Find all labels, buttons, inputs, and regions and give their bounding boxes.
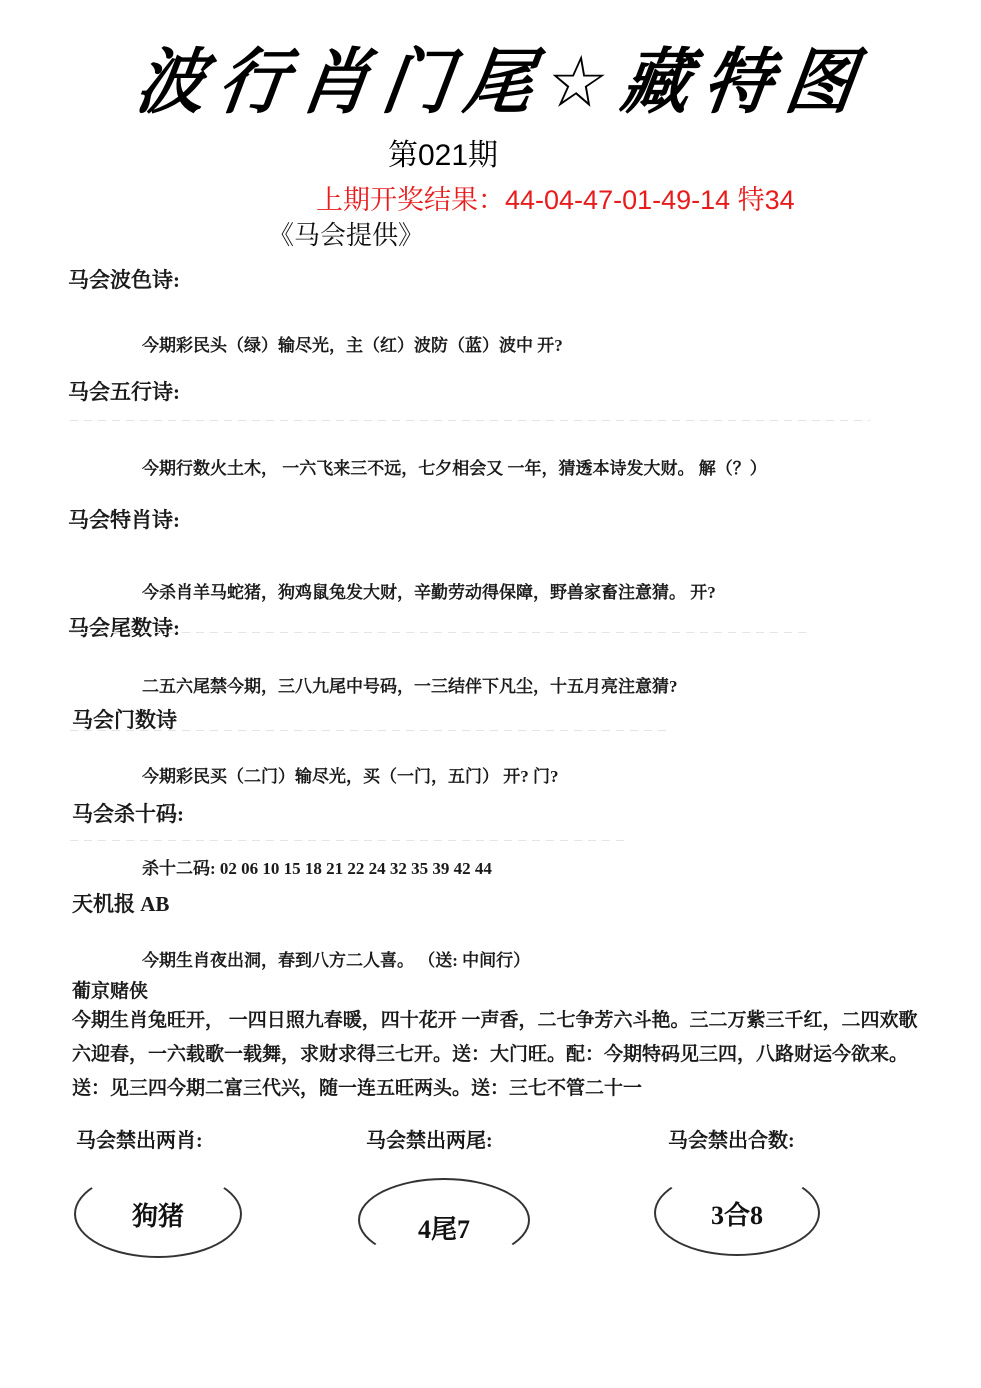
ban-tail-oval: 4尾7	[358, 1178, 530, 1262]
section-heading-special-zodiac: 马会特肖诗:	[68, 504, 180, 534]
ban-sum-oval: 3合8	[654, 1170, 820, 1256]
section-heading-five-elements: 马会五行诗:	[68, 376, 180, 406]
putao-paragraph: 今期生肖兔旺开， 一四日照九春暖，四十花开 一声香，二七争芳六斗艳。三二万紫三千…	[72, 1004, 922, 1106]
section-poem-door-number: 今期彩民买（二门）输尽光，买（一门，五门） 开? 门?	[142, 762, 559, 787]
ban-tail-label: 马会禁出两尾:	[366, 1124, 493, 1153]
scan-noise-line	[70, 632, 810, 633]
section-poem-tianjibao: 今期生肖夜出洞，春到八方二人喜。 （送: 中间行）	[142, 946, 530, 971]
page-title: 波行肖门尾☆藏特图	[131, 26, 876, 128]
section-heading-tail-number: 马会尾数诗:	[68, 612, 180, 642]
ban-tail-value: 4尾7	[418, 1209, 470, 1246]
scan-noise-line	[70, 840, 630, 841]
kill-numbers-line: 杀十二码: 02 06 10 15 18 21 22 24 32 35 39 4…	[142, 854, 492, 879]
section-poem-five-elements: 今期行数火土木， 一六飞来三不远，七夕相会又 一年，猜透本诗发大财。 解（？）	[142, 454, 767, 479]
scan-noise-line	[70, 730, 670, 731]
section-poem-wave-color: 今期彩民头（绿）输尽光，主（红）波防（蓝）波中 开?	[142, 331, 563, 356]
section-heading-wave-color: 马会波色诗:	[68, 264, 180, 294]
provider-label: 《马会提供》	[268, 215, 424, 252]
ban-sum-label: 马会禁出合数:	[668, 1124, 795, 1153]
scan-noise-line	[70, 420, 870, 421]
ban-zodiac-value: 狗猪	[132, 1196, 184, 1233]
ban-zodiac-oval: 狗猪	[74, 1170, 242, 1258]
section-heading-tianjibao: 天机报 AB	[72, 888, 169, 918]
last-draw-result: 上期开奖结果：44-04-47-01-49-14 特34	[316, 178, 795, 217]
section-poem-tail-number: 二五六尾禁今期，三八九尾中号码，一三结伴下凡尘，十五月亮注意猜?	[142, 672, 678, 697]
ban-zodiac-label: 马会禁出两肖:	[76, 1124, 203, 1153]
section-heading-putao: 葡京赌侠	[72, 976, 148, 1003]
ban-sum-value: 3合8	[711, 1195, 763, 1232]
section-poem-special-zodiac: 今杀肖羊马蛇猪，狗鸡鼠兔发大财，辛勤劳动得保障，野兽家畜注意猜。 开?	[142, 578, 716, 603]
section-heading-kill-ten: 马会杀十码:	[72, 798, 184, 828]
issue-number: 第021期	[388, 130, 498, 174]
